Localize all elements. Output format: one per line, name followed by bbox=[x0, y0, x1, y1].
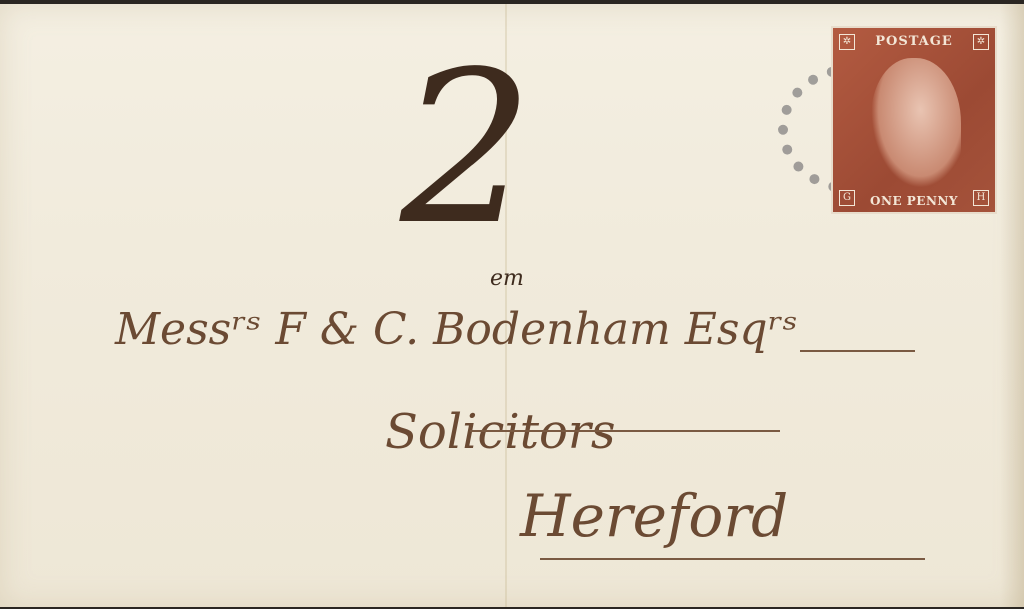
underline bbox=[800, 350, 915, 352]
address-line-2: Solicitors bbox=[385, 404, 615, 460]
address-line-3: Hereford bbox=[520, 482, 788, 550]
manuscript-suffix: em bbox=[490, 266, 524, 291]
envelope: ✲ ✲ POSTAGE G ONE PENNY H 2 em Messʳˢ F … bbox=[0, 4, 1024, 607]
stamp-bottom-text: ONE PENNY bbox=[833, 194, 995, 208]
address-line-1: Messʳˢ F & C. Bodenham Esqʳˢ bbox=[115, 304, 798, 355]
stamp-corner-letter-right: H bbox=[973, 190, 989, 206]
penny-stamp: ✲ ✲ POSTAGE G ONE PENNY H bbox=[831, 26, 997, 214]
manuscript-numeral: 2 bbox=[400, 44, 534, 254]
queen-portrait bbox=[871, 58, 961, 188]
underline bbox=[470, 430, 780, 432]
envelope-edge bbox=[1000, 4, 1024, 607]
stamp-top-text: POSTAGE bbox=[833, 34, 995, 49]
underline bbox=[540, 558, 925, 560]
